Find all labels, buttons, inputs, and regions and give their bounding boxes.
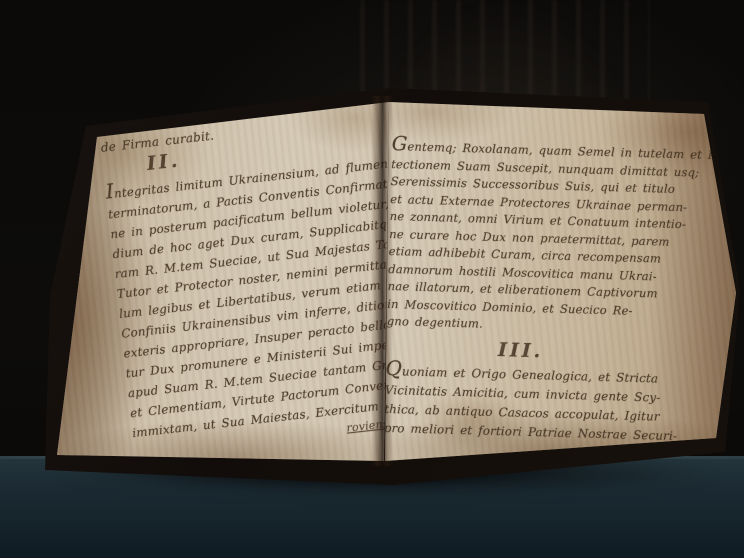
open-manuscript-book: de Firma curabit. II. Integritas limitum… (0, 0, 744, 558)
center-fold-shadow (371, 96, 393, 466)
right-page-text: Gentemq; Roxolanam, quam Semel in tutela… (383, 135, 710, 457)
manuscript-photo: de Firma curabit. II. Integritas limitum… (0, 0, 744, 558)
